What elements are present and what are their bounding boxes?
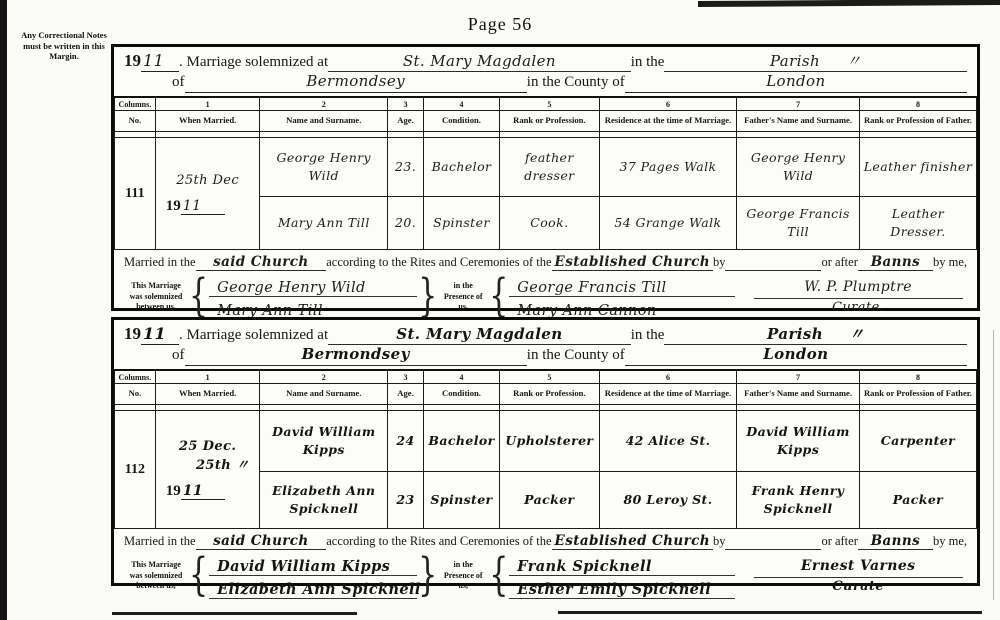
married-in-the-label: Married in the — [124, 534, 196, 550]
officiant-title: Curate. — [832, 300, 884, 315]
brace-open: { — [488, 275, 509, 320]
year-printed-label: 19 — [124, 323, 141, 345]
register-table: Columns. 1 2 3 4 5 6 7 8 No. When Marrie… — [114, 96, 977, 250]
columns-label: Columns. — [115, 97, 156, 111]
when-married-cell: 25 Dec. 25th 〃 19 11 — [155, 411, 260, 529]
marriage-date-handwritten: 25 Dec. — [158, 439, 258, 454]
groom-age: 23. — [395, 159, 416, 174]
established-church-handwritten: Established Church — [555, 254, 710, 270]
col-header-residence: Residence at the time of Marriage. — [599, 111, 736, 132]
rites-label: according to the Rites and Ceremonies of… — [326, 255, 551, 271]
col-header-condition: Condition. — [423, 384, 499, 405]
by-me-label: by me, — [933, 255, 967, 271]
col-num: 1 — [155, 97, 260, 111]
marriage-date-correction: 25th 〃 — [158, 454, 258, 473]
page-right-edge — [993, 330, 994, 600]
column-header-row: No. When Married. Name and Surname. Age.… — [115, 111, 977, 132]
groom-age: 24 — [396, 433, 414, 448]
bride-age: 20. — [395, 215, 416, 230]
bride-name: Mary Ann Till — [278, 215, 370, 230]
or-after-label: or after — [821, 255, 857, 271]
margin-note: Any Correctional Notes must be written i… — [18, 30, 110, 62]
presence-label: in the Presence of us, — [440, 560, 486, 591]
col-num: 4 — [423, 97, 499, 111]
col-header-profession: Rank or Profession. — [499, 384, 599, 405]
bride-residence: 80 Leroy St. — [623, 492, 712, 507]
groom-row: 112 25 Dec. 25th 〃 19 11 David William K… — [115, 411, 977, 472]
parish-handwritten: Parish — [767, 325, 823, 343]
col-header-name: Name and Surname. — [260, 384, 388, 405]
year-handwritten: 11 — [141, 51, 179, 72]
bride-residence: 54 Grange Walk — [614, 215, 721, 230]
groom-residence: 37 Pages Walk — [620, 159, 717, 174]
column-header-row: No. When Married. Name and Surname. Age.… — [115, 384, 977, 405]
marriage-entry-111: 19 11 . Marriage solemnized at St. Mary … — [111, 44, 980, 311]
bride-profession: Packer — [524, 492, 574, 507]
married-in-the-label: Married in the — [124, 255, 196, 271]
brace-close: } — [417, 554, 438, 599]
entry-number: 112 — [115, 411, 156, 529]
ditto-mark: 〃 — [849, 325, 864, 343]
bride-father-profession: Packer — [893, 492, 943, 507]
witness-signature: George Francis Till — [517, 280, 666, 296]
col-header-age: Age. — [388, 384, 424, 405]
of-label: of — [172, 73, 185, 93]
col-num: 2 — [260, 370, 388, 384]
col-num: 3 — [388, 370, 424, 384]
rites-label: according to the Rites and Ceremonies of… — [326, 534, 551, 550]
entry-header: 19 11 . Marriage solemnized at St. Mary … — [114, 320, 977, 366]
by-me-label: by me, — [933, 534, 967, 550]
solemnized-at-label: . Marriage solemnized at — [179, 53, 328, 73]
solemnized-between-label: This Marriage was solemnized between us, — [124, 560, 188, 591]
groom-signature: George Henry Wild — [217, 280, 366, 296]
banns-handwritten: Banns — [871, 254, 920, 270]
groom-father-profession: Leather finisher — [864, 159, 972, 174]
groom-name: David William Kipps — [272, 424, 375, 457]
groom-father-name: George Henry Wild — [751, 150, 845, 183]
entry-footer: Married in the said Church according to … — [114, 250, 977, 320]
ditto-mark: 〃 — [846, 52, 861, 70]
district-handwritten: Bermondsey — [306, 72, 405, 90]
of-label: of — [172, 346, 185, 366]
groom-father-profession: Carpenter — [881, 433, 955, 448]
brace-open: { — [188, 554, 209, 599]
col-header-no: No. — [115, 111, 156, 132]
scan-left-edge — [0, 0, 7, 620]
col-num: 2 — [260, 97, 388, 111]
columns-label: Columns. — [115, 370, 156, 384]
marriage-date-handwritten: 25th Dec — [158, 173, 258, 188]
said-church-handwritten: said Church — [213, 254, 309, 270]
col-num: 5 — [499, 370, 599, 384]
bride-signature: Elizabeth Ann Spicknell — [217, 581, 421, 598]
county-handwritten: London — [763, 345, 828, 363]
year-handwritten: 11 — [141, 324, 179, 345]
register-table: Columns. 1 2 3 4 5 6 7 8 No. When Marrie… — [114, 369, 977, 529]
col-header-no: No. — [115, 384, 156, 405]
brace-open: { — [488, 554, 509, 599]
col-num: 8 — [859, 97, 976, 111]
entry-footer: Married in the said Church according to … — [114, 529, 977, 599]
said-church-handwritten: said Church — [213, 533, 309, 549]
col-num: 1 — [155, 370, 260, 384]
church-name-handwritten: St. Mary Magdalen — [403, 52, 556, 70]
col-num: 3 — [388, 97, 424, 111]
brace-open: { — [188, 275, 209, 320]
col-num: 7 — [737, 97, 860, 111]
county-of-label: in the County of — [527, 346, 625, 366]
col-header-name: Name and Surname. — [260, 111, 388, 132]
bride-profession: Cook. — [530, 215, 568, 230]
page-number: Page 56 — [0, 14, 1000, 35]
groom-father-name: David William Kipps — [746, 424, 849, 457]
licence-blank-line — [725, 270, 821, 271]
col-header-father-profession: Rank or Profession of Father. — [859, 111, 976, 132]
col-header-father-profession: Rank or Profession of Father. — [859, 384, 976, 405]
witness-signature: Esther Emily Spicknell — [517, 581, 711, 598]
groom-profession: Upholsterer — [505, 433, 593, 448]
officiant-signature: W. P. Plumptre — [804, 279, 912, 295]
banns-handwritten: Banns — [871, 533, 920, 549]
marriage-entry-112: 19 11 . Marriage solemnized at St. Mary … — [111, 317, 980, 586]
witness-signature: Frank Spicknell — [517, 558, 652, 575]
col-num: 8 — [859, 370, 976, 384]
bride-father-name: Frank Henry Spicknell — [752, 483, 845, 516]
in-the-label: in the — [631, 326, 665, 346]
bride-father-name: George Francis Till — [746, 206, 849, 239]
county-of-label: in the County of — [527, 73, 625, 93]
next-entry-edge-right — [558, 611, 982, 614]
next-entry-edge-left — [112, 612, 357, 615]
brace-close: } — [417, 275, 438, 320]
bride-age: 23 — [396, 492, 414, 507]
scan-top-edge — [698, 0, 1000, 7]
officiant-signature: Ernest Varnes — [801, 558, 916, 574]
groom-name: George Henry Wild — [277, 150, 371, 183]
entry-header: 19 11 . Marriage solemnized at St. Mary … — [114, 47, 977, 93]
parish-handwritten: Parish — [770, 52, 820, 70]
by-label: by — [713, 255, 726, 271]
bride-name: Elizabeth Ann Spicknell — [272, 483, 375, 516]
entry-number: 111 — [115, 138, 156, 250]
licence-blank-line — [725, 549, 821, 550]
col-num: 7 — [737, 370, 860, 384]
groom-profession: feather dresser — [524, 150, 574, 183]
solemnized-between-label: This Marriage was solemnized between us, — [124, 281, 188, 312]
groom-signature: David William Kipps — [217, 558, 390, 575]
column-number-row: Columns. 1 2 3 4 5 6 7 8 — [115, 370, 977, 384]
district-handwritten: Bermondsey — [302, 345, 410, 363]
col-header-profession: Rank or Profession. — [499, 111, 599, 132]
col-header-father-name: Father's Name and Surname. — [737, 111, 860, 132]
marriage-year-handwritten: 11 — [181, 483, 225, 500]
bride-condition: Spinster — [430, 492, 492, 507]
officiant-title: Curate — [832, 579, 884, 594]
year-printed-label: 19 — [166, 198, 181, 215]
solemnized-at-label: . Marriage solemnized at — [179, 326, 328, 346]
year-printed-label: 19 — [166, 483, 181, 500]
or-after-label: or after — [821, 534, 857, 550]
col-header-residence: Residence at the time of Marriage. — [599, 384, 736, 405]
col-header-when-married: When Married. — [155, 384, 260, 405]
col-header-age: Age. — [388, 111, 424, 132]
col-header-when-married: When Married. — [155, 111, 260, 132]
col-num: 6 — [599, 97, 736, 111]
when-married-cell: 25th Dec 19 11 — [155, 138, 260, 250]
in-the-label: in the — [631, 53, 665, 73]
county-handwritten: London — [766, 72, 825, 90]
column-number-row: Columns. 1 2 3 4 5 6 7 8 — [115, 97, 977, 111]
year-printed-label: 19 — [124, 50, 141, 72]
col-num: 5 — [499, 97, 599, 111]
groom-condition: Bachelor — [428, 433, 494, 448]
marriage-year-handwritten: 11 — [181, 198, 225, 215]
col-num: 4 — [423, 370, 499, 384]
col-header-father-name: Father's Name and Surname. — [737, 384, 860, 405]
groom-condition: Bachelor — [432, 159, 492, 174]
groom-row: 111 25th Dec 19 11 George Henry Wild 23.… — [115, 138, 977, 197]
groom-residence: 42 Alice St. — [626, 433, 711, 448]
bride-condition: Spinster — [433, 215, 490, 230]
col-header-condition: Condition. — [423, 111, 499, 132]
established-church-handwritten: Established Church — [555, 533, 710, 549]
by-label: by — [713, 534, 726, 550]
col-num: 6 — [599, 370, 736, 384]
church-name-handwritten: St. Mary Magdalen — [396, 325, 562, 343]
presence-label: in the Presence of us, — [440, 281, 486, 312]
bride-father-profession: Leather Dresser. — [890, 206, 945, 239]
